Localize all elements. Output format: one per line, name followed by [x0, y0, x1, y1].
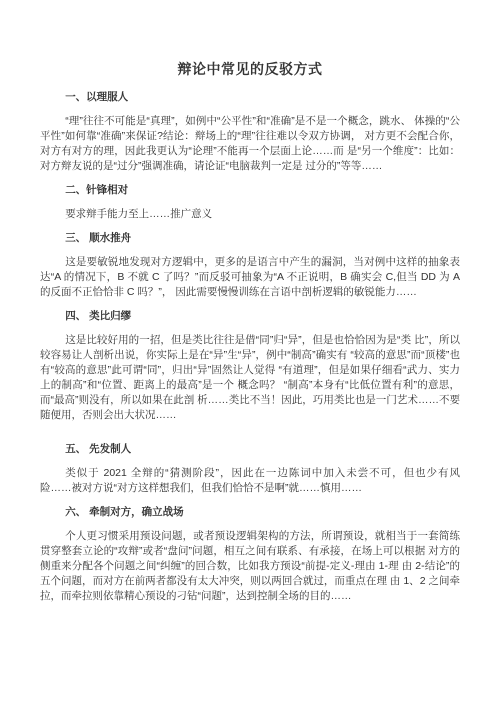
section-heading-6: 六、 牵制对方，确立战场	[40, 505, 460, 520]
section-heading-2: 二、针锋相对	[40, 183, 460, 198]
section-paragraph-6: 个人更习惯采用预设问题，或者预设逻辑架构的方法，所谓预设，就相当于一套简练 贯穿…	[40, 529, 460, 604]
section-paragraph-4: 这是比较好用的一招，但是类比往往是借“同”归“异”，但是也恰恰因为是“类 比”，…	[40, 333, 460, 423]
doc-title: 辩论中常见的反驳方式	[40, 58, 460, 80]
document-page: 辩论中常见的反驳方式 一、以理服人 “理”往往不可能是“真理”，如例中“公平性”…	[0, 0, 500, 707]
section-heading-1: 一、以理服人	[40, 90, 460, 105]
section-heading-3: 三、 顺水推舟	[40, 231, 460, 246]
section-heading-5: 五、 先发制人	[40, 442, 460, 457]
section-heading-4: 四、 类比归缪	[40, 309, 460, 324]
section-paragraph-2: 要求辩手能力至上……推广意义	[40, 207, 460, 222]
section-paragraph-1: “理”往往不可能是“真理”，如例中“公平性”和“准确”是不是一个概念，跳水、 体…	[40, 114, 460, 174]
section-paragraph-3: 这是要敏锐地发现对方逻辑中，更多的是语言中产生的漏洞，当对例中这样的抽象表 达“…	[40, 255, 460, 300]
section-paragraph-5: 类似于 2021 全辩的“猜测阶段”，因此在一边陈词中加入未尝不可，但也少有风 …	[40, 466, 460, 496]
